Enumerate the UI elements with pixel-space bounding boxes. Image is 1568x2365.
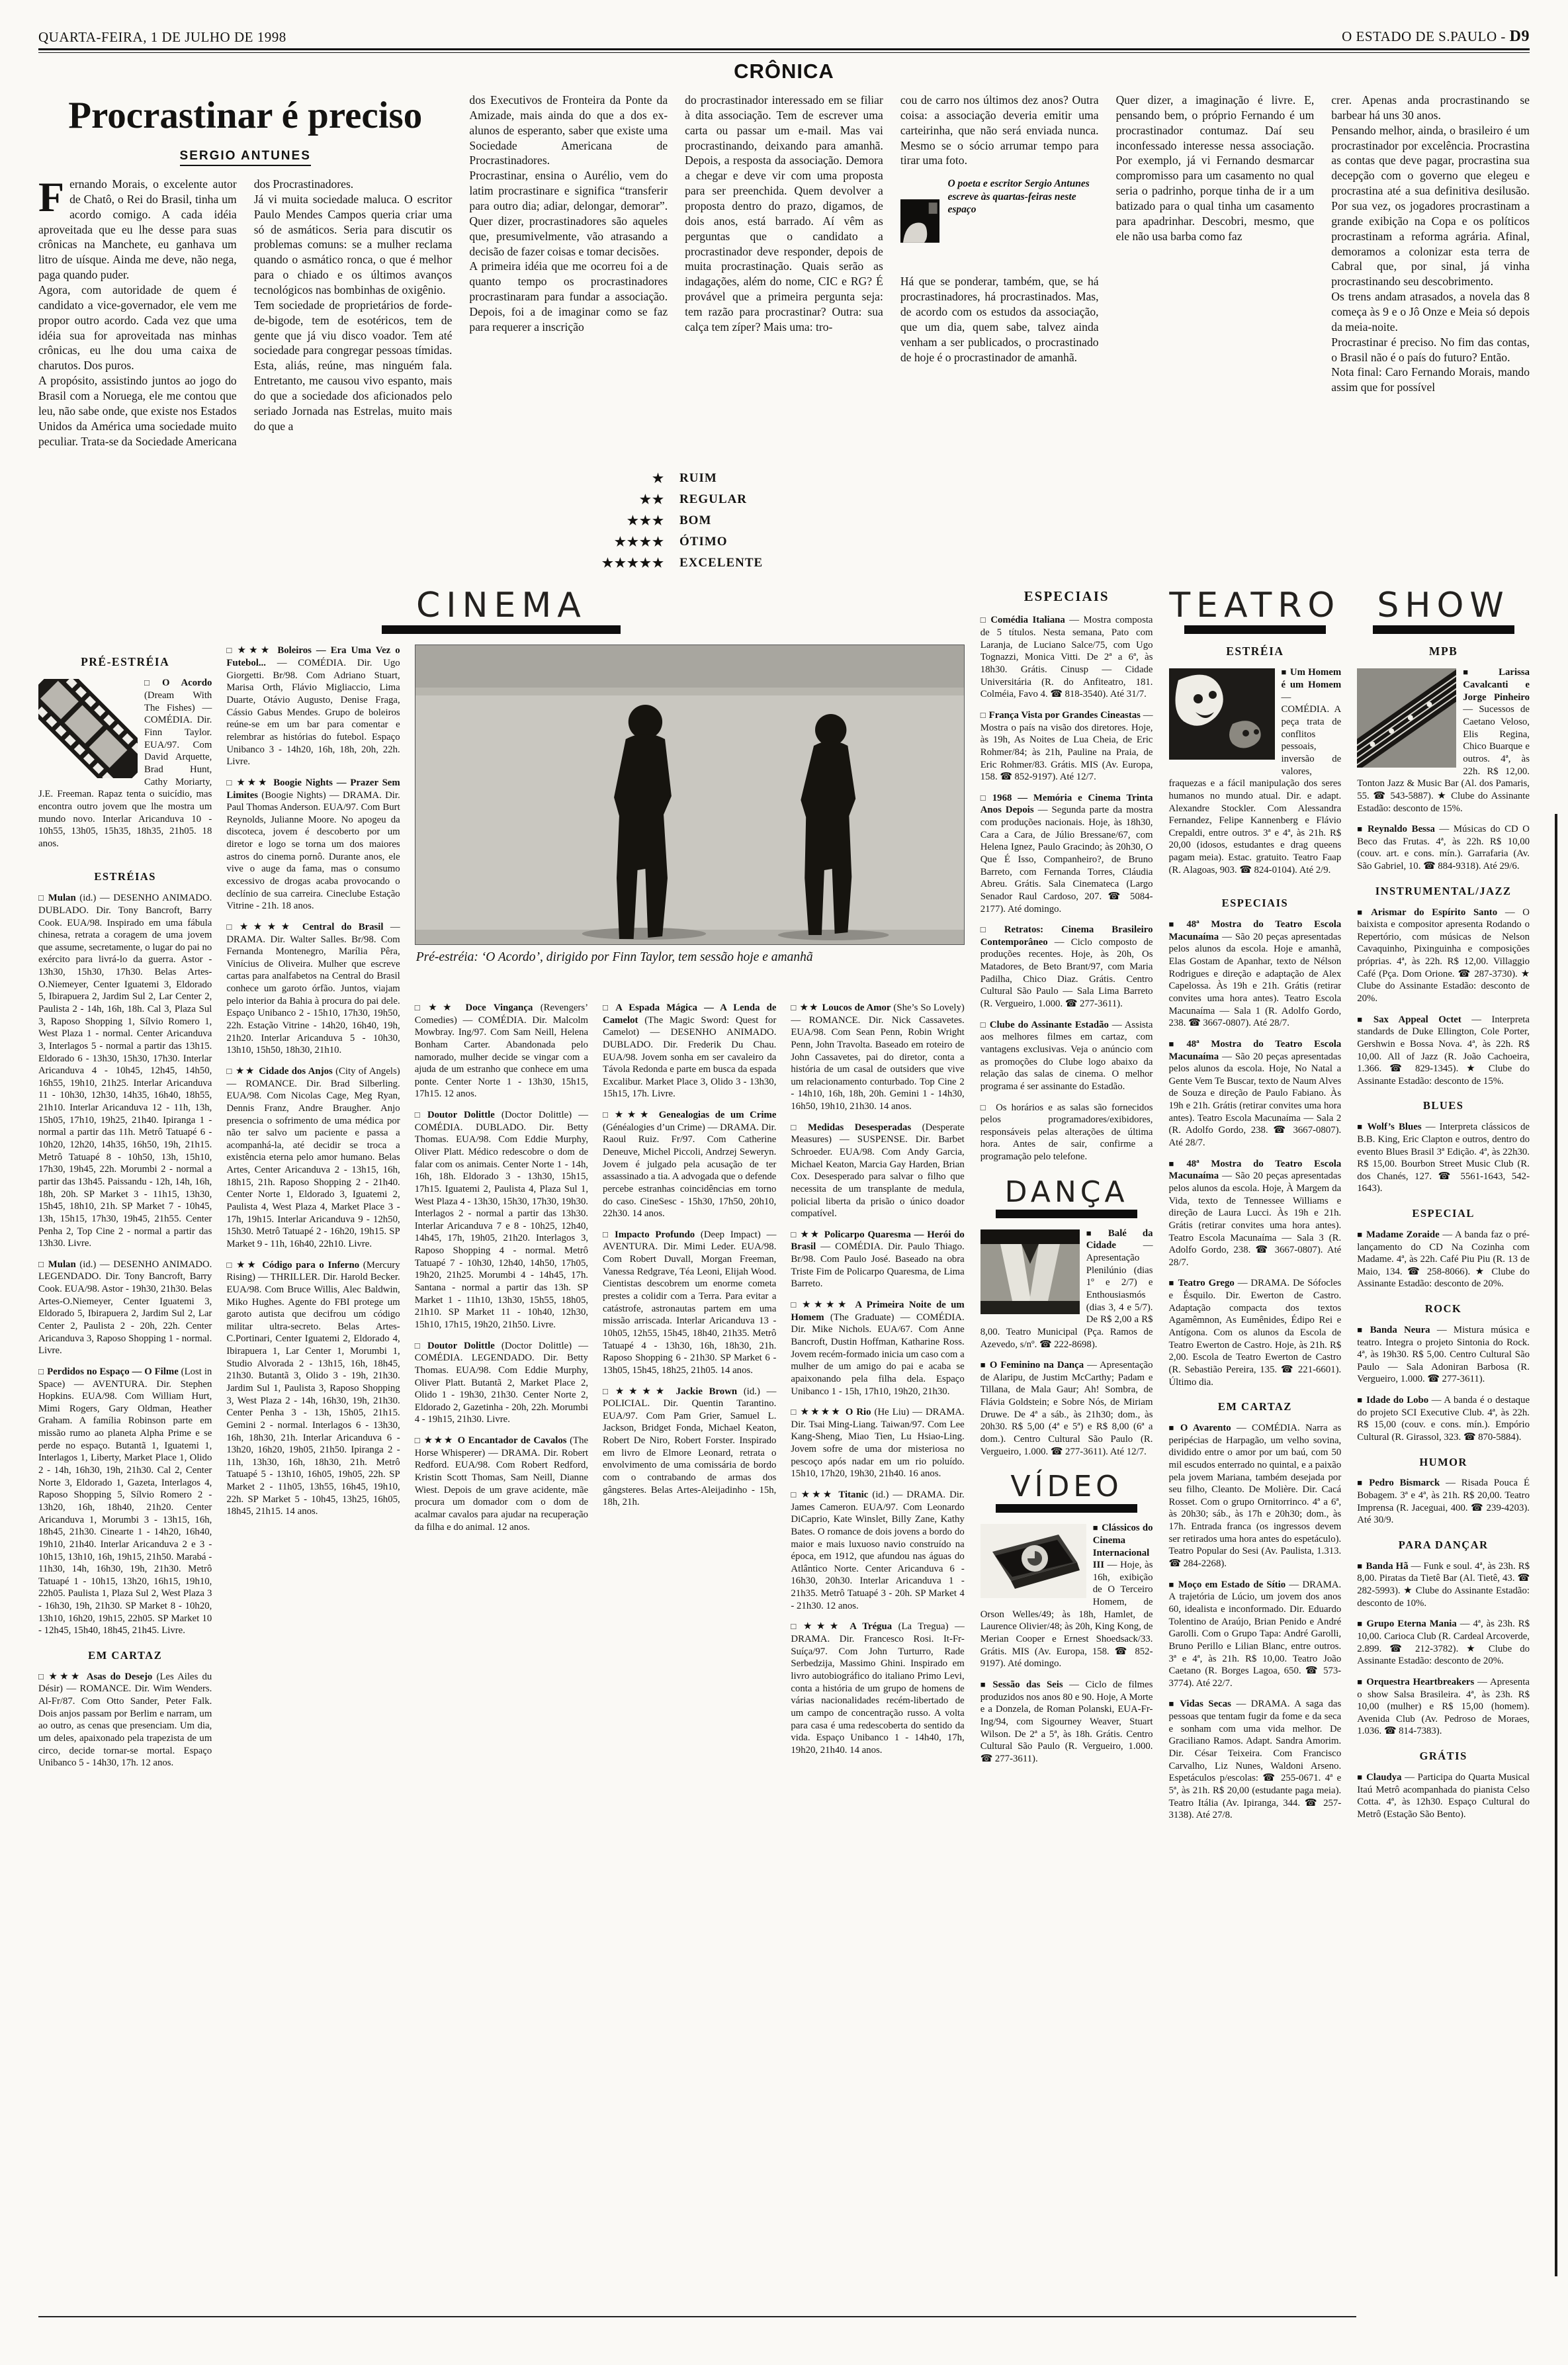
item-marker: ■ (1169, 1039, 1184, 1049)
item-text: — Apresentação de Alaripu, de Justim McC… (980, 1360, 1153, 1456)
item-title: França Vista por Grandes Cineastas (989, 710, 1141, 721)
item-title: Asas do Desejo (87, 1672, 153, 1682)
item-marker: □ (415, 1003, 425, 1012)
show-first-entry: ■Larissa Cavalcanti e Jorge Pinheiro — S… (1357, 666, 1530, 815)
listing-item: □Comédia Italiana — Mostra composta de 5… (980, 614, 1153, 700)
listing-item: ■Sessão das Seis — Ciclo de filmes produ… (980, 1679, 1153, 1765)
item-text: — DRAMA. A saga das pessoas que tentam f… (1169, 1699, 1342, 1820)
item-marker: □ (38, 1366, 44, 1376)
article-column-4: do procrastinador interessado em se fili… (685, 93, 883, 449)
item-marker: □ (38, 1672, 45, 1681)
item-text: — Interpreta standards de Duke Ellington… (1357, 1014, 1530, 1087)
edition-date: QUARTA-FEIRA, 1 DE JULHO DE 1998 (38, 29, 286, 46)
item-marker: ■ (980, 1360, 986, 1370)
item-text: (id.) — DESENHO ANIMADO. LEGENDADO. Dir.… (38, 1259, 212, 1356)
item-title: O Feminino na Dança (990, 1360, 1084, 1370)
listing-item: □Medidas Desesperadas (Desperate Measure… (791, 1122, 964, 1220)
item-title: Wolf’s Blues (1368, 1122, 1422, 1132)
item-marker: ■ (1169, 1159, 1184, 1169)
item-text: (The Horse Whisperer) — DRAMA. Dir. Robe… (415, 1435, 588, 1532)
film-strip-icon (38, 679, 138, 778)
item-stars: ★★ (236, 1066, 259, 1077)
inset-caption: O poeta e escritor Sergio Antunes escrev… (947, 177, 1098, 216)
item-stars: ★★★ (236, 778, 273, 788)
item-marker: ■ (1357, 1014, 1370, 1024)
item-text: (City of Angels) — ROMANCE. Dir. Brad Si… (226, 1066, 400, 1249)
item-stars: ★★★★ (802, 1300, 855, 1310)
header-rule (38, 48, 1530, 53)
item-text: (Lost in Space) — AVENTURA. Dir. Stephen… (38, 1366, 212, 1636)
item-stars: ★★★ (48, 1672, 86, 1682)
item-text: — São 20 peças apresentadas pelos alunos… (1169, 932, 1342, 1028)
item-marker: □ (226, 922, 236, 932)
item-title: Idade do Lobo (1366, 1395, 1428, 1406)
listing-item: BLUES (1357, 1099, 1530, 1113)
item-marker: □ (791, 1407, 797, 1417)
listing-item: ■Banda Neura — Mistura música e teatro. … (1357, 1324, 1530, 1386)
item-marker: □ (980, 615, 988, 625)
item-marker: ■ (980, 1679, 990, 1689)
listing-item: □★★★★ Jackie Brown (id.) — POLICIAL. Dir… (603, 1386, 776, 1509)
rating-regular: ★★REGULAR (566, 492, 936, 508)
item-marker: □ (415, 1341, 424, 1351)
article-column-7: crer. Apenas anda procrastinando se barb… (1331, 93, 1530, 449)
item-text: — Interpreta clássicos de B.B. King, Eri… (1357, 1122, 1530, 1194)
item-stars: ★★ (428, 1003, 465, 1013)
cinema-listing-column: □★★ Loucos de Amor (She’s So Lovely) — R… (791, 1002, 964, 1757)
item-text: — Mostra composta de 5 títulos. Nesta se… (980, 615, 1153, 699)
listing-item: ■Grupo Eterna Mania — 4ª, às 23h. R$ 10,… (1357, 1618, 1530, 1668)
listing-item: □Retratos: Cinema Brasileiro Contemporân… (980, 924, 1153, 1010)
item-marker: □ (226, 778, 233, 787)
item-marker: □ (791, 1122, 805, 1132)
listing-item: EM CARTAZ (38, 1649, 212, 1663)
listing-item: □★★★ Boogie Nights — Prazer Sem Limites … (226, 777, 400, 913)
item-title: Moço em Estado de Sítio (1178, 1580, 1285, 1590)
item-marker: ■ (1357, 1677, 1363, 1687)
item-title: EM CARTAZ (88, 1649, 162, 1662)
listing-item: □França Vista por Grandes Cineastas — Mo… (980, 709, 1153, 783)
item-marker: □ (980, 1020, 986, 1030)
item-text: — COMÉDIA. Narra as peripécias de Harpag… (1169, 1423, 1342, 1569)
item-text: — DRAMA. Dir. Walter Salles. Br/98. Com … (226, 922, 400, 1055)
item-marker: ■ (1357, 1229, 1363, 1239)
show-header: SHOW (1357, 588, 1530, 634)
item-title: Banda Hã (1366, 1561, 1408, 1572)
item-title: Clube do Assinante Estadão (990, 1020, 1109, 1030)
item-title: Código para o Inferno (262, 1260, 359, 1271)
item-text: — COMÉDIA. Dir. Paulo Thiago. Br/98. Com… (791, 1241, 964, 1289)
rating-label: RUIM (679, 471, 936, 486)
item-title: Doce Vingança (466, 1003, 533, 1013)
article-byline: SERGIO ANTUNES (180, 149, 311, 166)
especiais-header: ESPECIAIS (980, 588, 1153, 605)
article-col5-text-a: cou de carro nos últimos dez anos? Outra… (900, 93, 1099, 168)
rating-otimo: ★★★★ÓTIMO (566, 535, 936, 550)
listing-item: ■48ª Mostra do Teatro Escola Macunaíma —… (1169, 1158, 1342, 1269)
pre-estreia-entry: □O Acordo (Dream With The Fishes) — COMÉ… (38, 677, 212, 850)
item-title: Mulan (48, 1259, 76, 1270)
item-marker: ■ (1463, 667, 1495, 677)
listing-item: ■Arismar do Espírito Santo — O baixista … (1357, 907, 1530, 1005)
masthead: QUARTA-FEIRA, 1 DE JULHO DE 1998 O ESTAD… (38, 28, 1530, 46)
star-icon: ★★ (566, 492, 665, 508)
listing-item: □A Espada Mágica — A Lenda de Camelot (T… (603, 1002, 776, 1100)
item-stars: ★★★★ (240, 922, 302, 932)
article-lead-text: ernando Morais, o excelente autor de Cha… (38, 177, 452, 448)
item-title: Madame Zoraide (1366, 1229, 1440, 1240)
item-title: ROCK (1425, 1302, 1462, 1315)
item-title: Vidas Secas (1180, 1699, 1231, 1709)
listing-item: ■O Feminino na Dança — Apresentação de A… (980, 1359, 1153, 1458)
item-stars: ★★★ (615, 1110, 659, 1120)
rating-excelente: ★★★★★EXCELENTE (566, 556, 936, 571)
item-text: Os horários e as salas são fornecidos pe… (980, 1102, 1153, 1163)
cinema-column-2: □★★★ Boleiros — Era Uma Vez o Futebol...… (226, 645, 400, 1777)
item-title: Loucos de Amor (822, 1003, 891, 1013)
item-title: PARA DANÇAR (1399, 1539, 1489, 1551)
item-marker: ■ (1169, 1423, 1177, 1433)
item-title: O Encantador de Cavalos (458, 1435, 567, 1446)
video-first-entry: ■Clássicos do Cinema Internacional III —… (980, 1522, 1153, 1670)
cinema-section: CINEMA PRÉ-ESTRÉIA (38, 588, 965, 1830)
listing-item: ■Vidas Secas — DRAMA. A saga das pessoas… (1169, 1698, 1342, 1821)
item-text: (Boogie Nights) — DRAMA. Dir. Paul Thoma… (226, 790, 400, 912)
item-stars: ★★★ (238, 645, 278, 656)
teatro-first-entry: ■Um Homem é um Homem — COMÉDIA. A peça t… (1169, 666, 1342, 876)
listing-item: □★★★★ O Rio (He Liu) — DRAMA. Dir. Tsai … (791, 1406, 964, 1480)
listing-item: ROCK (1357, 1302, 1530, 1316)
item-marker: ■ (1169, 1580, 1175, 1589)
item-title: GRÁTIS (1419, 1750, 1467, 1762)
article-col5-text-b: Há que se ponderar, também, que, se há p… (900, 274, 1099, 365)
item-text: (Doctor Dolittle) — COMÉDIA. DUBLADO. Di… (415, 1110, 588, 1330)
article-lead: Procrastinar é preciso SERGIO ANTUNES Fe… (38, 93, 452, 449)
item-title: Central do Brasil (302, 922, 384, 932)
item-text: — Mostra o país na visão dos diretores. … (980, 710, 1153, 782)
item-marker: □ (980, 924, 1001, 934)
rating-bom: ★★★BOM (566, 513, 936, 529)
item-title: Doutor Dolittle (427, 1341, 495, 1351)
item-text: — Segunda parte da mostra com produções … (980, 805, 1153, 914)
teatro-header: TEATRO (1169, 588, 1342, 634)
item-marker: □ (144, 678, 159, 688)
listing-item: □Mulan (id.) — DESENHO ANIMADO. LEGENDAD… (38, 1259, 212, 1357)
item-stars: ★★ (799, 1003, 822, 1013)
guitar-photo (1357, 668, 1456, 772)
cinema-photo-caption: Pré-estréia: ‘O Acordo’, dirigido por Fi… (416, 950, 963, 965)
listing-item: ■48ª Mostra do Teatro Escola Macunaíma —… (1169, 1038, 1342, 1149)
show-column: SHOW MPB (1357, 588, 1530, 1830)
cinema-photo (415, 645, 964, 944)
item-title: Sessão das Seis (992, 1679, 1063, 1690)
item-title: ESPECIAIS (1222, 897, 1289, 909)
especiais-column: ESPECIAIS □Comédia Italiana — Mostra com… (980, 588, 1153, 1830)
item-marker: □ (980, 793, 989, 803)
item-marker: ■ (1086, 1228, 1105, 1238)
star-icon: ★★★★ (566, 535, 665, 550)
drop-cap: F (38, 177, 69, 215)
item-title: Pedro Bismarck (1369, 1478, 1440, 1488)
item-title: ESTRÉIAS (94, 870, 156, 883)
listing-item: □Perdidos no Espaço — O Filme (Lost in S… (38, 1366, 212, 1637)
bottom-rule (38, 2316, 1356, 2317)
item-title: A Trégua (849, 1621, 892, 1632)
item-text: (She’s So Lovely) — ROMANCE. Dir. Nick C… (791, 1003, 964, 1112)
rating-label: ÓTIMO (679, 535, 936, 550)
mpb-subhead: MPB (1357, 645, 1530, 658)
paper-name: O ESTADO DE S.PAULO - D9 (1342, 28, 1530, 46)
listing-item: INSTRUMENTAL/JAZZ (1357, 885, 1530, 899)
item-title: Arismar do Espírito Santo (1371, 907, 1497, 918)
danca-header: DANÇA (980, 1178, 1153, 1218)
teatro-list: ESPECIAIS■48ª Mostra do Teatro Escola Ma… (1169, 897, 1342, 1821)
item-marker: □ (38, 893, 45, 903)
item-stars: ★★ (236, 1260, 262, 1271)
rating-label: EXCELENTE (679, 556, 936, 571)
item-marker: ■ (1282, 667, 1287, 677)
paper-name-text: O ESTADO DE S.PAULO - (1342, 28, 1510, 44)
item-marker: □ (791, 1490, 797, 1499)
show-list: ■Reynaldo Bessa — Músicas do CD O Beco d… (1357, 823, 1530, 1820)
listing-item: □★★ Doce Vingança (Revengers’ Comedies) … (415, 1002, 588, 1100)
item-title: Reynaldo Bessa (1368, 824, 1435, 834)
cinema-listing-column: □A Espada Mágica — A Lenda de Camelot (T… (603, 1002, 776, 1509)
item-title: Um Homem é um Homem (1282, 667, 1342, 690)
cinema-header: CINEMA (356, 588, 647, 634)
item-text: (La Tregua) — DRAMA. Dir. Francesco Rosi… (791, 1621, 964, 1755)
item-title: Grupo Eterna Mania (1366, 1619, 1456, 1629)
item-title: Orquestra Heartbreakers (1366, 1677, 1474, 1687)
listing-item: □★★ Código para o Inferno (Mercury Risin… (226, 1259, 400, 1518)
item-title: O Rio (846, 1407, 871, 1417)
item-marker: □ (226, 645, 234, 655)
item-marker: ■ (1357, 824, 1364, 834)
cinema-column-5: □★★ Loucos de Amor (She’s So Lovely) — R… (791, 1002, 964, 1778)
listing-item: ESTRÉIAS (38, 870, 212, 884)
danca-list: ■O Feminino na Dança — Apresentação de A… (980, 1359, 1153, 1458)
item-text: (Mercury Rising) — THRILLER. Dir. Harold… (226, 1260, 400, 1517)
item-marker: ■ (1357, 1478, 1366, 1488)
listing-item: ■Wolf’s Blues — Interpreta clássicos de … (1357, 1121, 1530, 1195)
listing-item: GRÁTIS (1357, 1750, 1530, 1763)
listing-item: □★★ Loucos de Amor (She’s So Lovely) — R… (791, 1002, 964, 1113)
video-header: VÍDEO (980, 1472, 1153, 1513)
rating-label: BOM (679, 513, 936, 529)
item-stars: ★★★★ (801, 1407, 846, 1417)
listing-item: ■Sax Appeal Octet — Interpreta standards… (1357, 1014, 1530, 1088)
item-text: (He Liu) — DRAMA. Dir. Tsai Ming-Liang. … (791, 1407, 964, 1479)
author-portrait (900, 177, 940, 265)
item-text: (Les Ailes du Désir) — ROMANCE. Dir. Wim… (38, 1672, 212, 1768)
chronicle-article: Procrastinar é preciso SERGIO ANTUNES Fe… (38, 93, 1530, 449)
listing-item: □ Os horários e as salas são fornecidos … (980, 1102, 1153, 1163)
listing-item: □★★★ Genealogias de um Crime (Généalogie… (603, 1109, 776, 1220)
rating-ruim: ★RUIM (566, 471, 936, 486)
item-marker: □ (603, 1386, 612, 1396)
item-stars: ★★★★ (615, 1386, 676, 1397)
item-stars: ★★★ (423, 1435, 457, 1446)
item-marker: □ (791, 1300, 799, 1310)
listing-item: ■Moço em Estado de Sítio — DRAMA. A traj… (1169, 1579, 1342, 1690)
newspaper-page: QUARTA-FEIRA, 1 DE JULHO DE 1998 O ESTAD… (0, 0, 1568, 2365)
listing-item: □★★ Policarpo Quaresma — Herói do Brasil… (791, 1229, 964, 1290)
item-title: Teatro Grego (1178, 1278, 1235, 1288)
item-text: — São 20 peças apresentadas pelos alunos… (1169, 1051, 1342, 1148)
cinema-column-1: PRÉ-ESTRÉIA (38, 645, 212, 1777)
item-text: (id.) — DESENHO ANIMADO. DUBLADO. Dir. T… (38, 893, 212, 1249)
article-text-lead: Fernando Morais, o excelente autor de Ch… (38, 177, 452, 449)
item-marker: □ (415, 1435, 421, 1445)
danca-first-entry: ■Balé da Cidade — Apresentação Plenilúni… (980, 1227, 1153, 1351)
listing-item: □★★★ Titanic (id.) — DRAMA. Dir. James C… (791, 1489, 964, 1612)
item-text: — Ciclo composto de produções recentes. … (980, 937, 1153, 1009)
item-marker: ■ (1357, 1772, 1363, 1782)
listing-item: ESPECIAL (1357, 1207, 1530, 1221)
item-marker: ■ (1093, 1523, 1098, 1533)
star-icon: ★★★ (566, 513, 665, 529)
item-marker: □ (791, 1003, 796, 1012)
vhs-tape-image (980, 1524, 1086, 1602)
item-marker: ■ (1357, 1122, 1364, 1132)
cinema-listing-column: □★★ Doce Vingança (Revengers’ Comedies) … (415, 1002, 588, 1533)
article-column-6: Quer dizer, a imaginação é livre. E, pen… (1116, 93, 1315, 449)
item-marker: ■ (1357, 907, 1368, 917)
listing-item: □★★★★ Central do Brasil — DRAMA. Dir. Wa… (226, 921, 400, 1057)
page-number: D9 (1510, 28, 1530, 45)
article-column-5: cou de carro nos últimos dez anos? Outra… (900, 93, 1099, 449)
listing-item: □★★ Cidade dos Anjos (City of Angels) — … (226, 1065, 400, 1251)
item-title: INSTRUMENTAL/JAZZ (1375, 885, 1512, 897)
listing-item: □★★★ A Trégua (La Tregua) — DRAMA. Dir. … (791, 1621, 964, 1756)
item-title: Sax Appeal Octet (1373, 1014, 1461, 1025)
item-title: Mulan (48, 893, 76, 903)
ratings-legend: ★RUIM ★★REGULAR ★★★BOM ★★★★ÓTIMO ★★★★★EX… (566, 471, 936, 571)
star-icon: ★ (566, 471, 665, 486)
listing-item: □Mulan (id.) — DESENHO ANIMADO. DUBLADO.… (38, 892, 212, 1250)
item-marker: □ (980, 710, 986, 720)
listing-item: ■Banda Hã — Funk e soul. 4ª, às 23h. R$ … (1357, 1560, 1530, 1610)
item-text: (The Magic Sword: Quest for Camelot) — D… (603, 1015, 776, 1100)
item-marker: ■ (1357, 1325, 1366, 1335)
item-marker: □ (603, 1229, 611, 1239)
item-title: Jackie Brown (676, 1386, 737, 1397)
listing-item: ■Idade do Lobo — A banda é o destaque do… (1357, 1394, 1530, 1444)
listing-item: ■Orquestra Heartbreakers — Apresenta o s… (1357, 1676, 1530, 1738)
item-stars: ★★ (800, 1229, 824, 1240)
item-stars: ★★★ (801, 1490, 839, 1500)
listing-item: □Clube do Assinante Estadão — Assista ao… (980, 1019, 1153, 1093)
article-column-3: dos Executivos de Fronteira da Ponte da … (469, 93, 668, 449)
listing-item: □★★★★ A Primeira Noite de um Homem (The … (791, 1299, 964, 1398)
item-marker: ■ (1357, 1395, 1363, 1405)
listing-item: □1968 — Memória e Cinema Trinta Anos Dep… (980, 792, 1153, 915)
item-text: — DRAMA. De Sófocles e Ésquilo. Dir. Ewe… (1169, 1278, 1342, 1387)
item-title: BLUES (1423, 1099, 1464, 1112)
item-text: (Doctor Dolittle) — COMÉDIA. LEGENDADO. … (415, 1341, 588, 1425)
especiais-list: □Comédia Italiana — Mostra composta de 5… (980, 614, 1153, 1163)
cinema-listing-column: ESTRÉIAS□Mulan (id.) — DESENHO ANIMADO. … (38, 870, 212, 1769)
item-title: Genealogias de um Crime (659, 1110, 777, 1120)
listing-item: ■Pedro Bismarck — Risada Pouca É Bobagem… (1357, 1477, 1530, 1527)
item-marker: ■ (1357, 1561, 1362, 1571)
listing-item: ■Reynaldo Bessa — Músicas do CD O Beco d… (1357, 823, 1530, 873)
item-marker: ■ (1169, 1699, 1177, 1709)
listing-item: ■O Avarento — COMÉDIA. Narra as peripéci… (1169, 1422, 1342, 1570)
item-text: — COMÉDIA. Dir. Ugo Giorgetti. Br/98. Co… (226, 658, 400, 767)
item-text: (Desperate Measures) — SUSPENSE. Dir. Ba… (791, 1122, 964, 1219)
item-marker: □ (603, 1110, 611, 1120)
listing-item: □★★★ Boleiros — Era Uma Vez o Futebol...… (226, 645, 400, 768)
item-marker: □ (980, 1102, 988, 1112)
section-title: CRÔNICA (38, 60, 1530, 83)
item-title: O Acordo (162, 678, 212, 688)
listing-item: □★★★ Asas do Desejo (Les Ailes du Désir)… (38, 1671, 212, 1769)
listing-item: □Doutor Dolittle (Doctor Dolittle) — COM… (415, 1109, 588, 1331)
item-text: (Revengers’ Comedies) — COMÉDIA. Dir. Ma… (415, 1003, 588, 1099)
listing-item: □Impacto Profundo (Deep Impact) — AVENTU… (603, 1229, 776, 1377)
cinema-column-4: □A Espada Mágica — A Lenda de Camelot (T… (603, 1002, 776, 1778)
scan-edge-artifact (1555, 814, 1557, 2276)
rating-label: REGULAR (679, 492, 936, 508)
item-text: (id.) — POLICIAL. Dir. Quentin Tarantino… (603, 1386, 776, 1508)
item-marker: □ (791, 1621, 800, 1631)
item-text: — DRAMA. A trajetória de Lúcio, um jovem… (1169, 1580, 1342, 1689)
item-title: Titanic (838, 1490, 868, 1500)
item-text: — Assista aos melhores filmes em cartaz,… (980, 1020, 1153, 1092)
video-list: ■Sessão das Seis — Ciclo de filmes produ… (980, 1679, 1153, 1765)
cinema-listing-column: □★★★ Boleiros — Era Uma Vez o Futebol...… (226, 645, 400, 1518)
cinema-photo-block: Pré-estréia: ‘O Acordo’, dirigido por Fi… (415, 645, 965, 987)
item-title: Perdidos no Espaço — O Filme (47, 1366, 179, 1377)
item-marker: □ (603, 1003, 612, 1012)
item-text: — O baixista e compositor apresenta Roda… (1357, 907, 1530, 1004)
item-text: (Généalogies d’un Crime) — DRAMA. Dir. R… (603, 1122, 776, 1219)
estreia-subhead: ESTRÉIA (1169, 645, 1342, 658)
item-title: ESPECIAL (1412, 1207, 1475, 1220)
listing-item: □★★★ O Encantador de Cavalos (The Horse … (415, 1435, 588, 1533)
dance-photo (980, 1229, 1080, 1318)
theater-masks-photo (1169, 668, 1275, 764)
listing-item: ■Teatro Grego — DRAMA. De Sófocles e Ésq… (1169, 1277, 1342, 1388)
item-title: EM CARTAZ (1218, 1400, 1292, 1413)
item-marker: □ (226, 1260, 233, 1270)
item-title: Impacto Profundo (615, 1229, 695, 1240)
item-title: Cidade dos Anjos (259, 1066, 333, 1077)
listing-item: □Doutor Dolittle (Doctor Dolittle) — COM… (415, 1340, 588, 1426)
item-title: Claudya (1366, 1772, 1401, 1783)
item-marker: □ (415, 1110, 424, 1120)
item-title: Comédia Italiana (990, 615, 1065, 625)
item-stars: ★★★ (803, 1621, 849, 1632)
listing-item: HUMOR (1357, 1456, 1530, 1470)
item-text: (The Graduate) — COMÉDIA. Dir. Mike Nich… (791, 1312, 964, 1397)
star-icon: ★★★★★ (566, 556, 665, 571)
cinema-column-3: □★★ Doce Vingança (Revengers’ Comedies) … (415, 1002, 588, 1778)
item-marker: □ (226, 1066, 232, 1076)
pre-estreia-subhead: PRÉ-ESTRÉIA (38, 655, 212, 669)
listing-item: ESPECIAIS (1169, 897, 1342, 911)
item-text: — Ciclo de filmes produzidos nos anos 80… (980, 1679, 1153, 1764)
item-text: (Deep Impact) — AVENTURA. Dir. Mimi Lede… (603, 1229, 776, 1376)
listings-area: CINEMA PRÉ-ESTRÉIA (38, 588, 1530, 1830)
item-title: O Avarento (1180, 1423, 1231, 1433)
teatro-column: TEATRO ESTRÉIA ■Um Homem é um Homem (1169, 588, 1342, 1830)
item-text: (id.) — DRAMA. Dir. James Cameron. EUA/9… (791, 1490, 964, 1611)
listing-item: ■Claudya — Participa do Quarta Musical I… (1357, 1771, 1530, 1821)
listing-item: ■48ª Mostra do Teatro Escola Macunaíma —… (1169, 918, 1342, 1030)
listing-item: EM CARTAZ (1169, 1400, 1342, 1414)
